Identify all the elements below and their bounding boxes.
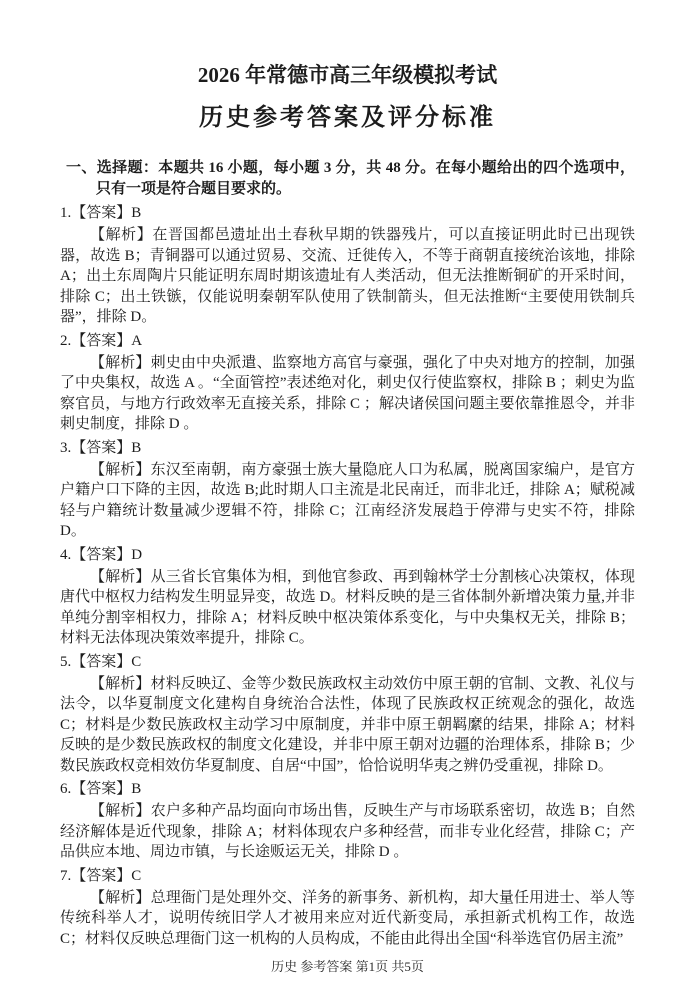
question-5: 5.【答案】C 【解析】材料反映辽、金等少数民族政权主动效仿中原王朝的官制、文教… [60,652,635,777]
exam-answer-page: 2026 年常德市高三年级模拟考试 历史参考答案及评分标准 一、选择题：本题共 … [0,0,695,982]
answer-line: 1.【答案】B [60,203,635,223]
page-subtitle: 历史参考答案及评分标准 [60,104,635,132]
analysis-paragraph: 【解析】农户多种产品均面向市场出售，反映生产与市场联系密切，故选 B；自然经济解… [60,801,635,863]
answer-line: 5.【答案】C [60,652,635,672]
question-7: 7.【答案】C 【解析】总理衙门是处理外交、洋务的新事务、新机构，却大量任用进士… [60,866,635,950]
question-3: 3.【答案】B 【解析】东汉至南朝，南方豪强士族大量隐庇人口为私属，脱离国家编户… [60,438,635,542]
analysis-paragraph: 【解析】东汉至南朝，南方豪强士族大量隐庇人口为私属，脱离国家编户，是官方户籍户口… [60,460,635,542]
page-title: 2026 年常德市高三年级模拟考试 [60,62,635,88]
question-1: 1.【答案】B 【解析】在晋国都邑遗址出土春秋早期的铁器残片，可以直接证明此时已… [60,203,635,328]
answer-line: 7.【答案】C [60,866,635,886]
analysis-paragraph: 【解析】刺史由中央派遣、监察地方高官与豪强，强化了中央对地方的控制，加强了中央集… [60,353,635,435]
question-4: 4.【答案】D 【解析】从三省长官集体为相，到他官参政、再到翰林学士分割核心决策… [60,545,635,649]
analysis-paragraph: 【解析】在晋国都邑遗址出土春秋早期的铁器残片，可以直接证明此时已出现铁器，故选 … [60,225,635,328]
answer-line: 3.【答案】B [60,438,635,458]
analysis-paragraph: 【解析】从三省长官集体为相，到他官参政、再到翰林学士分割核心决策权，体现唐代中枢… [60,567,635,649]
question-6: 6.【答案】B 【解析】农户多种产品均面向市场出售，反映生产与市场联系密切，故选… [60,779,635,863]
answer-line: 6.【答案】B [60,779,635,799]
section-heading: 一、选择题：本题共 16 小题，每小题 3 分，共 48 分。在每小题给出的四个… [66,158,635,200]
answer-line: 4.【答案】D [60,545,635,565]
page-footer: 历史 参考答案 第1页 共5页 [60,959,635,975]
analysis-paragraph: 【解析】总理衙门是处理外交、洋务的新事务、新机构，却大量任用进士、举人等传统科举… [60,888,635,950]
question-2: 2.【答案】A 【解析】刺史由中央派遣、监察地方高官与豪强，强化了中央对地方的控… [60,331,635,435]
analysis-paragraph: 【解析】材料反映辽、金等少数民族政权主动效仿中原王朝的官制、文教、礼仪与法令，以… [60,674,635,777]
answer-line: 2.【答案】A [60,331,635,351]
